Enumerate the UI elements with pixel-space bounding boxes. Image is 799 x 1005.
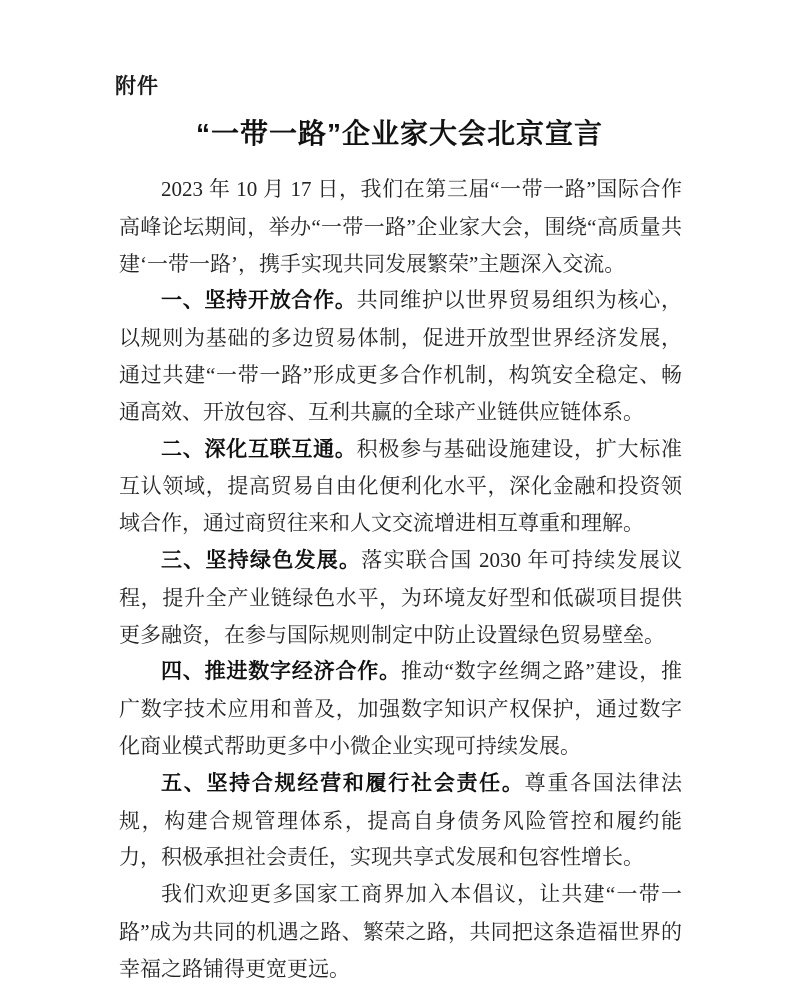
paragraph: 五、坚持合规经营和履行社会责任。尊重各国法律法规，构建合规管理体系，提高自身债务…	[119, 765, 682, 876]
section-heading: 一、坚持开放合作。	[161, 289, 357, 312]
attachment-label: 附件	[115, 70, 159, 100]
section-heading: 二、深化互联互通。	[161, 438, 357, 461]
paragraph: 2023 年 10 月 17 日，我们在第三届“一带一路”国际合作高峰论坛期间，…	[119, 171, 682, 282]
section-heading: 三、坚持绿色发展。	[161, 549, 361, 572]
paragraph: 三、坚持绿色发展。落实联合国 2030 年可持续发展议程，提升全产业链绿色水平，…	[119, 542, 682, 653]
paragraph: 我们欢迎更多国家工商界加入本倡议，让共建“一带一路”成为共同的机遇之路、繁荣之路…	[119, 876, 682, 987]
paragraph: 四、推进数字经济合作。推动“数字丝绸之路”建设，推广数字技术应用和普及，加强数字…	[119, 653, 682, 764]
document-page: 附件 “一带一路”企业家大会北京宣言 2023 年 10 月 17 日，我们在第…	[0, 0, 799, 1005]
paragraph-text: 我们欢迎更多国家工商界加入本倡议，让共建“一带一路”成为共同的机遇之路、繁荣之路…	[119, 882, 682, 981]
paragraph: 二、深化互联互通。积极参与基础设施建设，扩大标准互认领域，提高贸易自由化便利化水…	[119, 431, 682, 542]
section-heading: 四、推进数字经济合作。	[161, 660, 401, 683]
paragraph: 一、坚持开放合作。共同维护以世界贸易组织为核心，以规则为基础的多边贸易体制，促进…	[119, 282, 682, 430]
document-body: 2023 年 10 月 17 日，我们在第三届“一带一路”国际合作高峰论坛期间，…	[119, 171, 682, 988]
paragraph-text: 2023 年 10 月 17 日，我们在第三届“一带一路”国际合作高峰论坛期间，…	[119, 177, 682, 276]
section-heading: 五、坚持合规经营和履行社会责任。	[161, 772, 525, 795]
document-title: “一带一路”企业家大会北京宣言	[0, 112, 799, 152]
